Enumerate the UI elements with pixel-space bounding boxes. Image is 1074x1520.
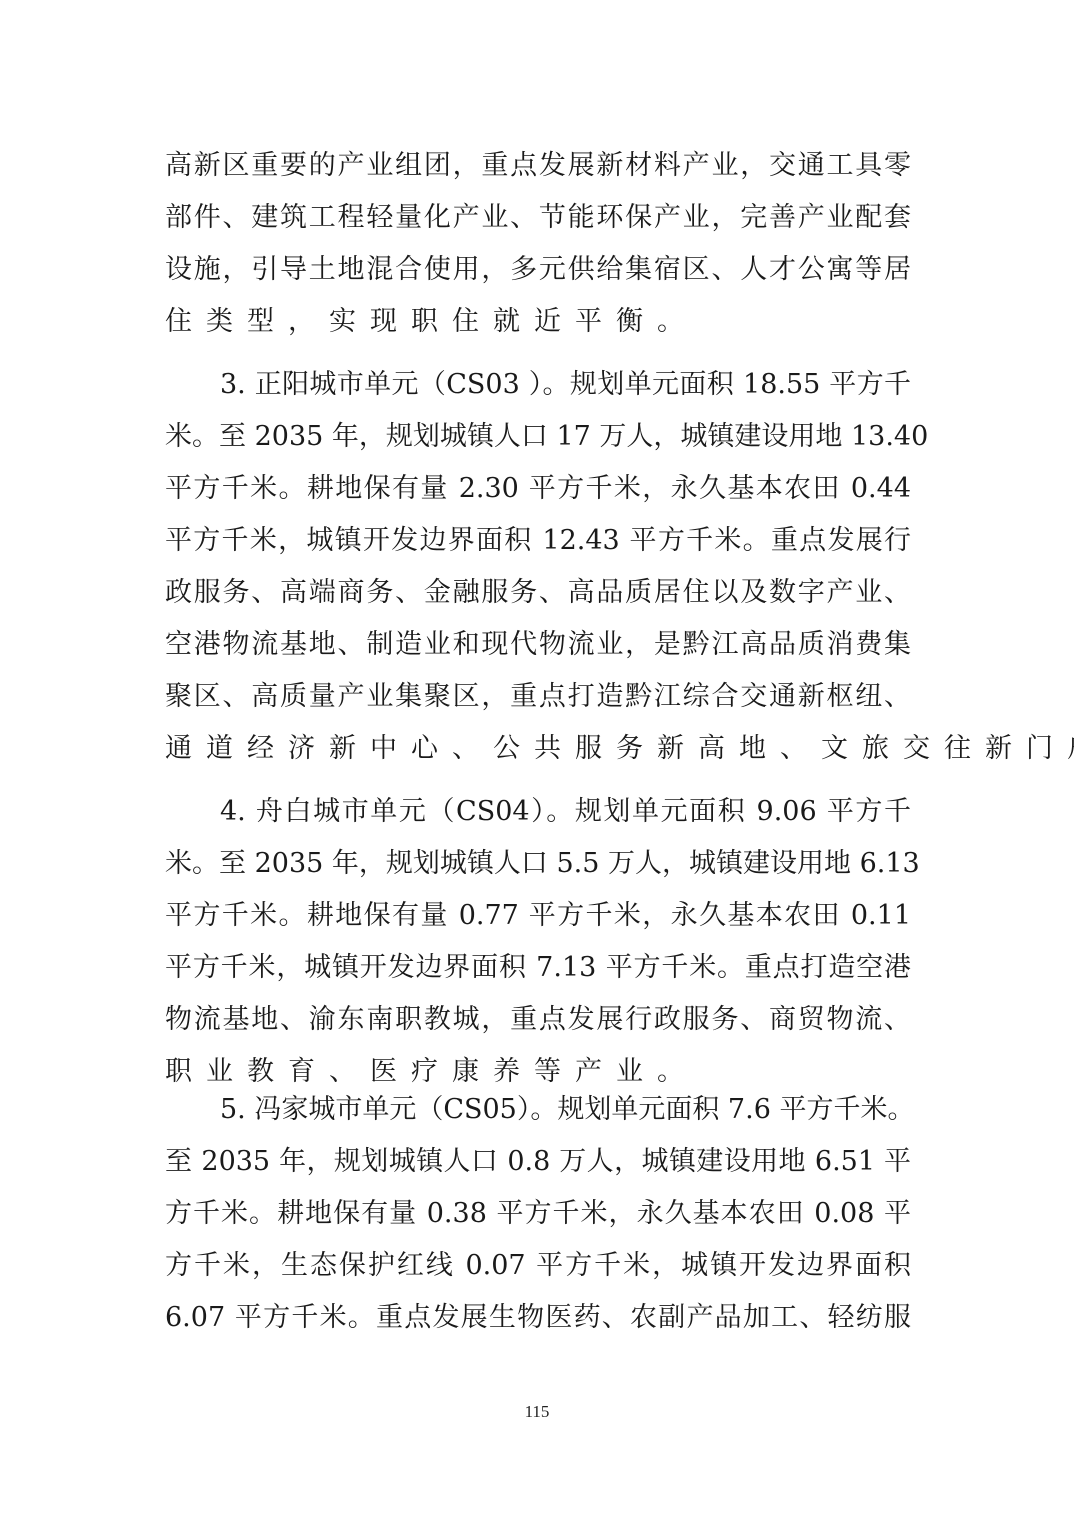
text-line: 物流基地、渝东南职教城，重点发展行政服务、商贸物流、 (165, 994, 911, 1046)
text-line: 政服务、高端商务、金融服务、高品质居住以及数字产业、 (165, 567, 911, 619)
text-line: 平方千米。耕地保有量 2.30 平方千米，永久基本农田 0.44 (165, 463, 911, 515)
document-page: 高新区重要的产业组团，重点发展新材料产业，交通工具零 部件、建筑工程轻量化产业、… (0, 0, 1074, 1520)
text-line: 米。至 2035 年，规划城镇人口 5.5 万人，城镇建设用地 6.13 (165, 838, 911, 890)
text-line: 空港物流基地、制造业和现代物流业，是黔江高品质消费集 (165, 619, 911, 671)
text-line: 方千米，生态保护红线 0.07 平方千米，城镇开发边界面积 (165, 1240, 911, 1292)
text-line: 4. 舟白城市单元（CS04）。规划单元面积 9.06 平方千 (165, 786, 911, 838)
text-line: 米。至 2035 年，规划城镇人口 17 万人，城镇建设用地 13.40 (165, 411, 911, 463)
text-line: 3. 正阳城市单元（CS03 ）。规划单元面积 18.55 平方千 (165, 359, 911, 411)
text-line: 平方千米。耕地保有量 0.77 平方千米，永久基本农田 0.11 (165, 890, 911, 942)
paragraph-cs03-zhengyang: 3. 正阳城市单元（CS03 ）。规划单元面积 18.55 平方千 米。至 20… (165, 359, 911, 775)
text-line: 5. 冯家城市单元（CS05）。规划单元面积 7.6 平方千米。 (165, 1084, 911, 1136)
text-line: 6.07 平方千米。重点发展生物医药、农副产品加工、轻纺服 (165, 1292, 911, 1344)
text-line: 至 2035 年，规划城镇人口 0.8 万人，城镇建设用地 6.51 平 (165, 1136, 911, 1188)
text-line: 通道经济新中心、公共服务新高地、文旅交往新门户。 (165, 723, 911, 775)
text-line: 住类型，实现职住就近平衡。 (165, 296, 911, 348)
text-line: 部件、建筑工程轻量化产业、节能环保产业，完善产业配套 (165, 192, 911, 244)
text-line: 设施，引导土地混合使用，多元供给集宿区、人才公寓等居 (165, 244, 911, 296)
page-number: 115 (0, 1402, 1074, 1422)
text-line: 聚区、高质量产业集聚区，重点打造黔江综合交通新枢纽、 (165, 671, 911, 723)
paragraph-cs05-fengjia: 5. 冯家城市单元（CS05）。规划单元面积 7.6 平方千米。 至 2035 … (165, 1084, 911, 1344)
text-line: 平方千米，城镇开发边界面积 7.13 平方千米。重点打造空港 (165, 942, 911, 994)
text-line: 高新区重要的产业组团，重点发展新材料产业，交通工具零 (165, 140, 911, 192)
text-line: 平方千米，城镇开发边界面积 12.43 平方千米。重点发展行 (165, 515, 911, 567)
paragraph-continued: 高新区重要的产业组团，重点发展新材料产业，交通工具零 部件、建筑工程轻量化产业、… (165, 140, 911, 348)
paragraph-cs04-zhoubai: 4. 舟白城市单元（CS04）。规划单元面积 9.06 平方千 米。至 2035… (165, 786, 911, 1098)
text-line: 方千米。耕地保有量 0.38 平方千米，永久基本农田 0.08 平 (165, 1188, 911, 1240)
